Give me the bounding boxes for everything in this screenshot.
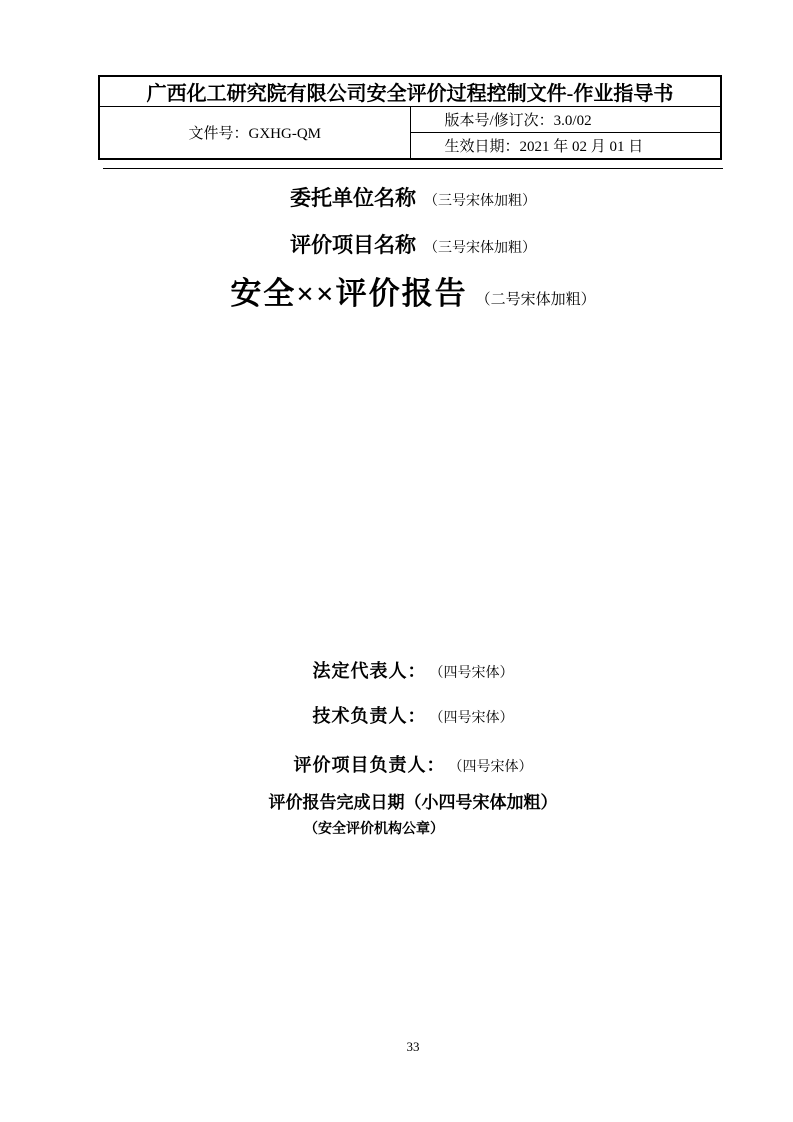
technical-director-line: 技术负责人：（四号宋体） — [33, 706, 793, 728]
header-table: 广西化工研究院有限公司安全评价过程控制文件-作业指导书 文件号：GXHG-QM … — [98, 75, 722, 160]
header-table-title-row: 广西化工研究院有限公司安全评价过程控制文件-作业指导书 — [99, 76, 721, 107]
report-title-line: 安全××评价报告（二号宋体加粗） — [33, 275, 793, 312]
project-leader-line: 评价项目负责人：（四号宋体） — [33, 755, 793, 777]
document-page: 广西化工研究院有限公司安全评价过程控制文件-作业指导书 文件号：GXHG-QM … — [0, 0, 793, 1122]
report-title-label: 安全××评价报告 — [230, 276, 467, 311]
header-table-title: 广西化工研究院有限公司安全评价过程控制文件-作业指导书 — [99, 76, 721, 107]
client-name-label: 委托单位名称 — [290, 186, 416, 210]
project-name-font-note: （三号宋体加粗） — [424, 241, 536, 256]
client-name-line: 委托单位名称（三号宋体加粗） — [33, 186, 793, 211]
header-separator-line — [103, 168, 723, 169]
legal-representative-font-note: （四号宋体） — [437, 666, 514, 681]
header-table-version-row: 文件号：GXHG-QM 版本号/修订次：3.0/02 — [99, 107, 721, 133]
project-name-label: 评价项目名称 — [290, 233, 416, 257]
report-title-font-note: （二号宋体加粗） — [476, 292, 596, 308]
page-number: 33 — [33, 1039, 793, 1055]
legal-representative-label: 法定代表人： — [313, 661, 427, 681]
header-table-effective-date: 生效日期：2021 年 02 月 01 日 — [410, 133, 721, 160]
completion-date-line: 评价报告完成日期（小四号宋体加粗） — [33, 793, 793, 813]
project-leader-font-note: （四号宋体） — [456, 760, 533, 775]
project-leader-label: 评价项目负责人： — [294, 755, 446, 775]
client-name-font-note: （三号宋体加粗） — [424, 194, 536, 209]
agency-seal-line: （安全评价机构公章） — [304, 822, 444, 839]
legal-representative-line: 法定代表人：（四号宋体） — [33, 661, 793, 683]
header-table-doc-no: 文件号：GXHG-QM — [99, 107, 410, 160]
technical-director-font-note: （四号宋体） — [437, 711, 514, 726]
header-table-version: 版本号/修订次：3.0/02 — [410, 107, 721, 133]
project-name-line: 评价项目名称（三号宋体加粗） — [33, 233, 793, 258]
technical-director-label: 技术负责人： — [313, 706, 427, 726]
